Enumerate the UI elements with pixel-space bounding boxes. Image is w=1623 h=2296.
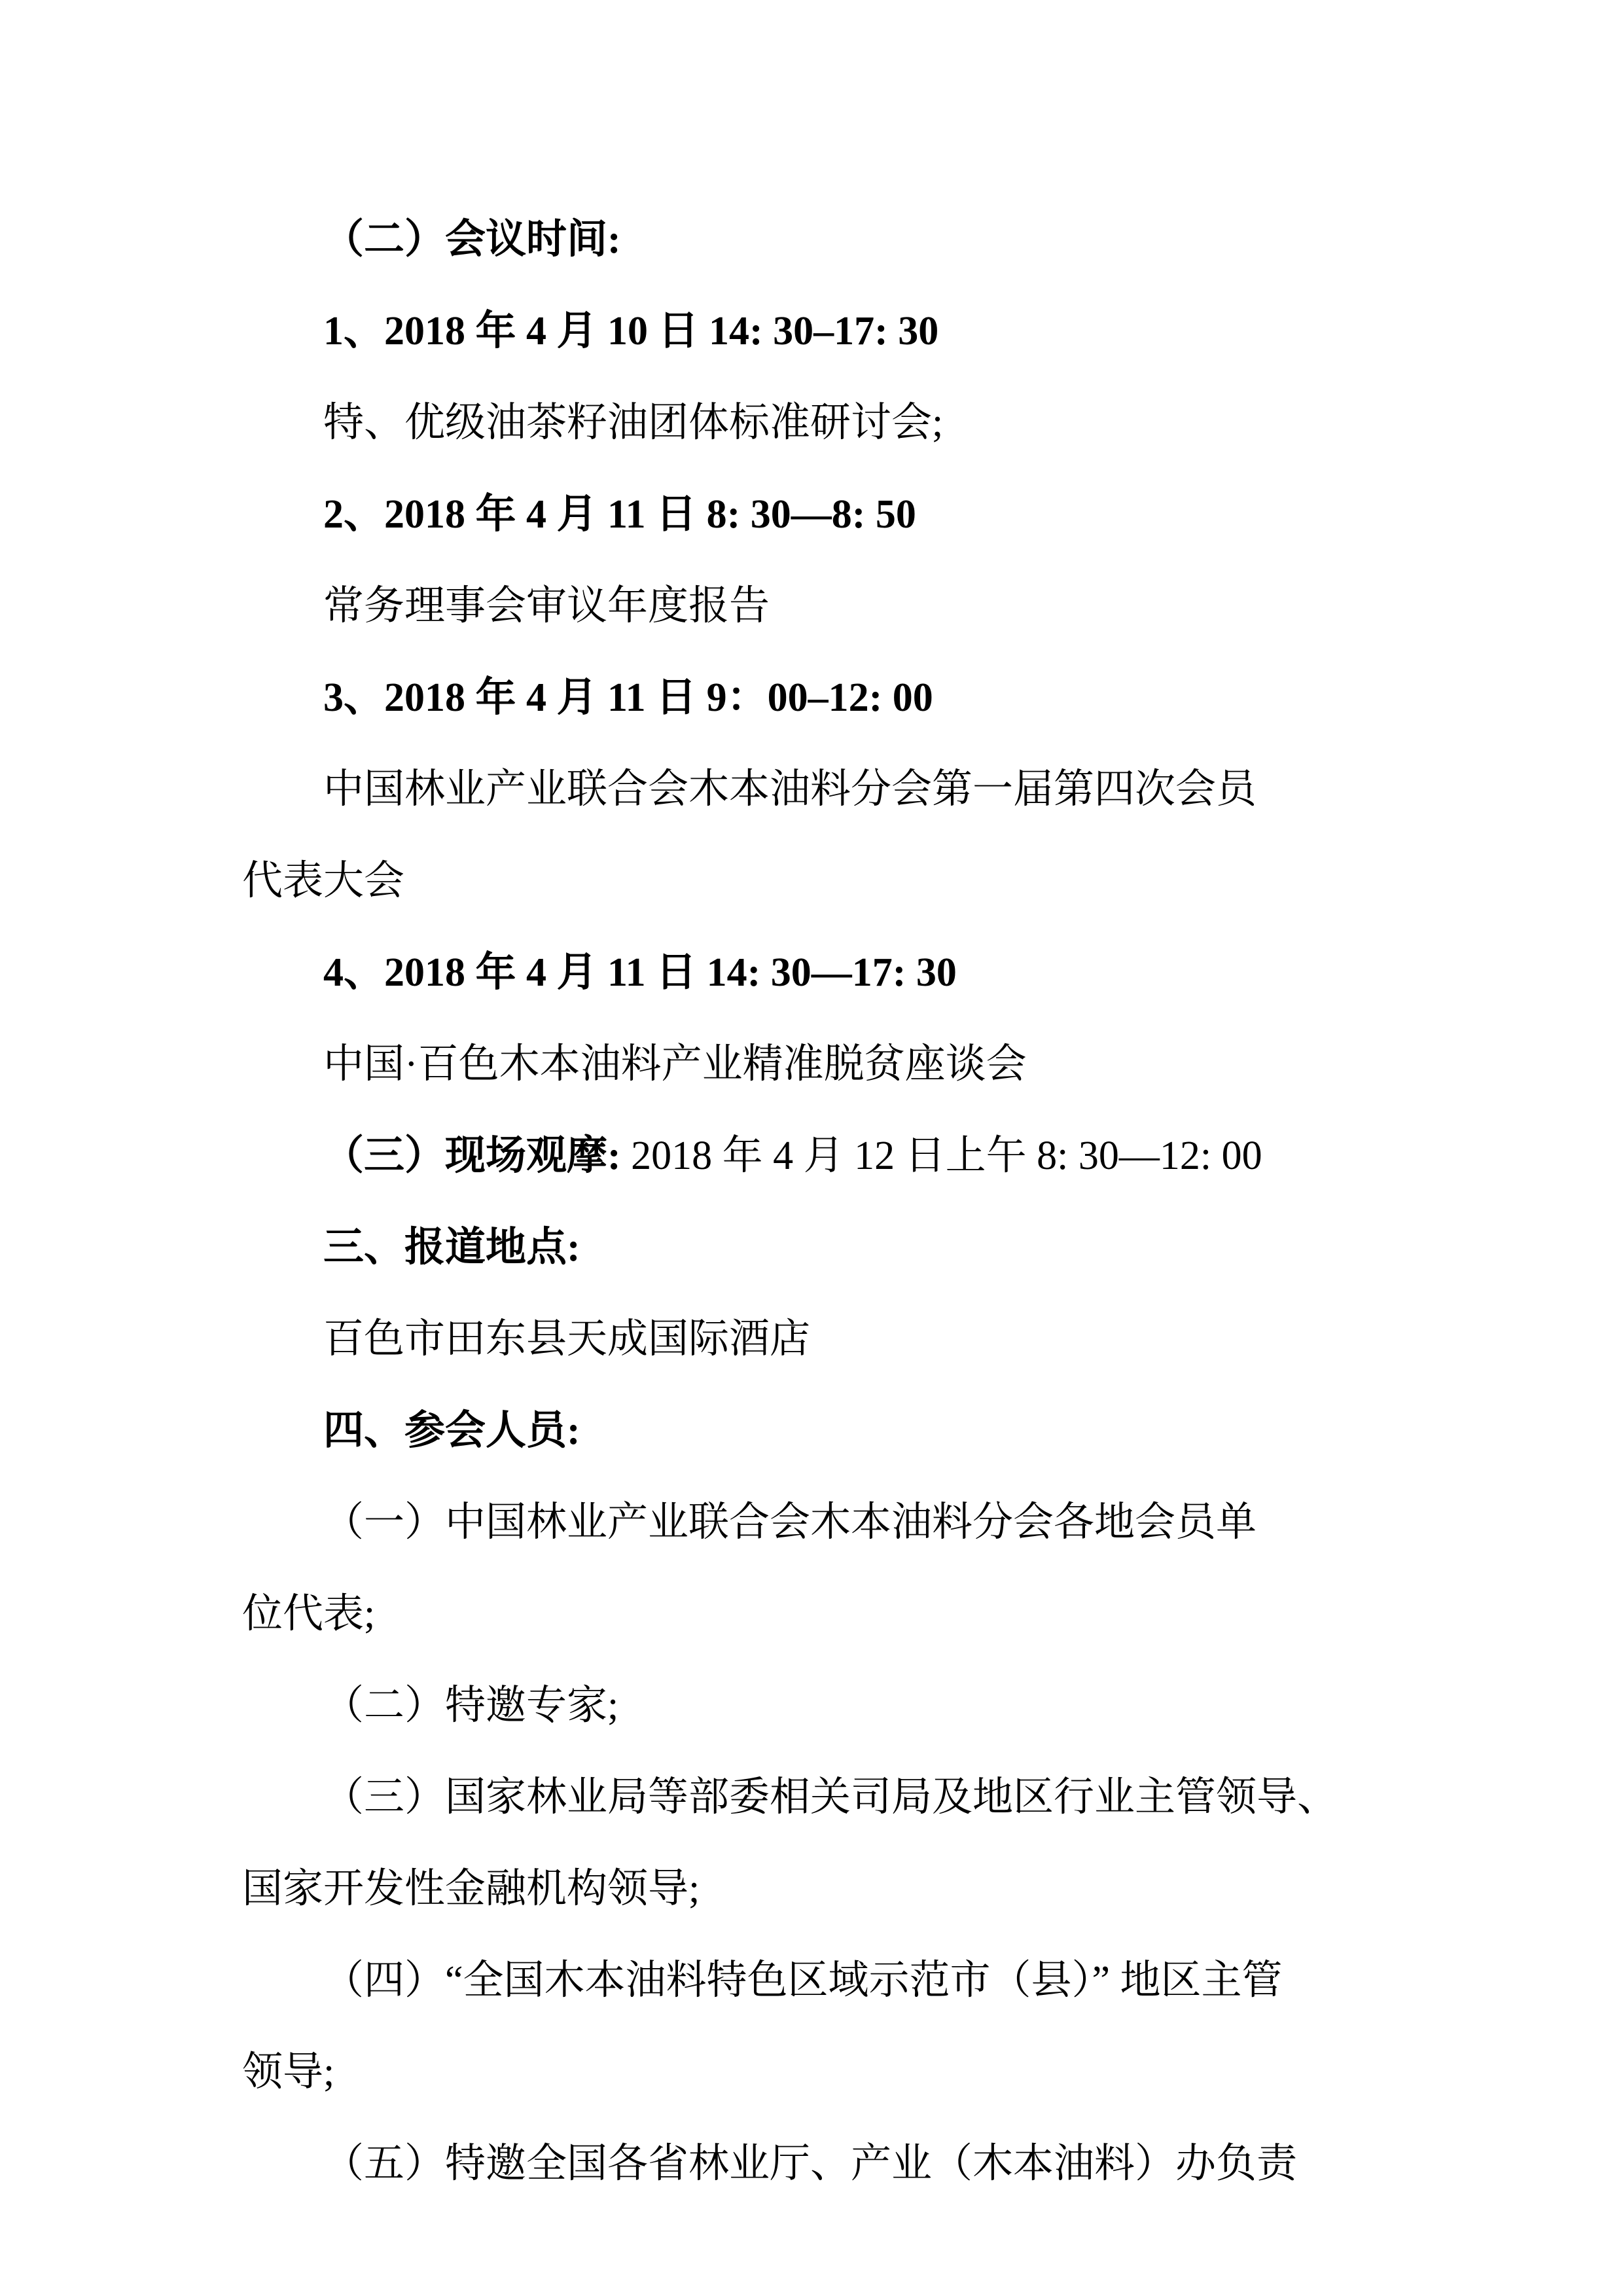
line-participants-1b: 位代表; (242, 1568, 1383, 1660)
document-page: （二）会议时间: 1、2018 年 4 月 10 日 14: 30–17: 30… (0, 0, 1623, 2296)
line-participants-3a: （三）国家林业局等部委相关司局及地区行业主管领导、 (242, 1751, 1383, 1843)
line-checkin-location: 百色市田东县天成国际酒店 (242, 1293, 1383, 1385)
line-heading-checkin-location: 三、报道地点: (242, 1202, 1383, 1293)
line-participants-2: （二）特邀专家; (242, 1660, 1383, 1751)
line-heading-meeting-time: （二）会议时间: (242, 194, 1383, 285)
line-item3-desc-1: 中国林业产业联合会木本油料分会第一届第四次会员 (242, 744, 1383, 835)
line-participants-5: （五）特邀全国各省林业厅、产业（木本油料）办负责 (242, 2118, 1383, 2210)
line-participants-1a: （一）中国林业产业联合会木本油料分会各地会员单 (242, 1477, 1383, 1568)
line-item3-desc-2: 代表大会 (242, 835, 1383, 927)
line-participants-4a: （四）“全国木本油料特色区域示范市（县）” 地区主管 (242, 1935, 1383, 2026)
line-item4-datetime: 4、2018 年 4 月 11 日 14: 30—17: 30 (242, 927, 1383, 1018)
site-visit-label: （三）现场观摩: (323, 1134, 631, 1178)
line-participants-4b: 领导; (242, 2026, 1383, 2118)
line-heading-site-visit: （三）现场观摩: 2018 年 4 月 12 日上午 8: 30—12: 00 (242, 1110, 1383, 1202)
line-item3-datetime: 3、2018 年 4 月 11 日 9：00–12: 00 (242, 652, 1383, 744)
site-visit-time: 2018 年 4 月 12 日上午 8: 30—12: 00 (631, 1134, 1262, 1178)
document-body: （二）会议时间: 1、2018 年 4 月 10 日 14: 30–17: 30… (242, 194, 1383, 2210)
line-item1-desc: 特、优级油茶籽油团体标准研讨会; (242, 377, 1383, 469)
line-item4-desc: 中国·百色木本油料产业精准脱贫座谈会 (242, 1018, 1383, 1110)
line-item2-desc: 常务理事会审议年度报告 (242, 560, 1383, 652)
line-participants-3b: 国家开发性金融机构领导; (242, 1843, 1383, 1935)
line-heading-participants: 四、参会人员: (242, 1385, 1383, 1477)
line-item1-datetime: 1、2018 年 4 月 10 日 14: 30–17: 30 (242, 285, 1383, 377)
line-item2-datetime: 2、2018 年 4 月 11 日 8: 30—8: 50 (242, 469, 1383, 560)
